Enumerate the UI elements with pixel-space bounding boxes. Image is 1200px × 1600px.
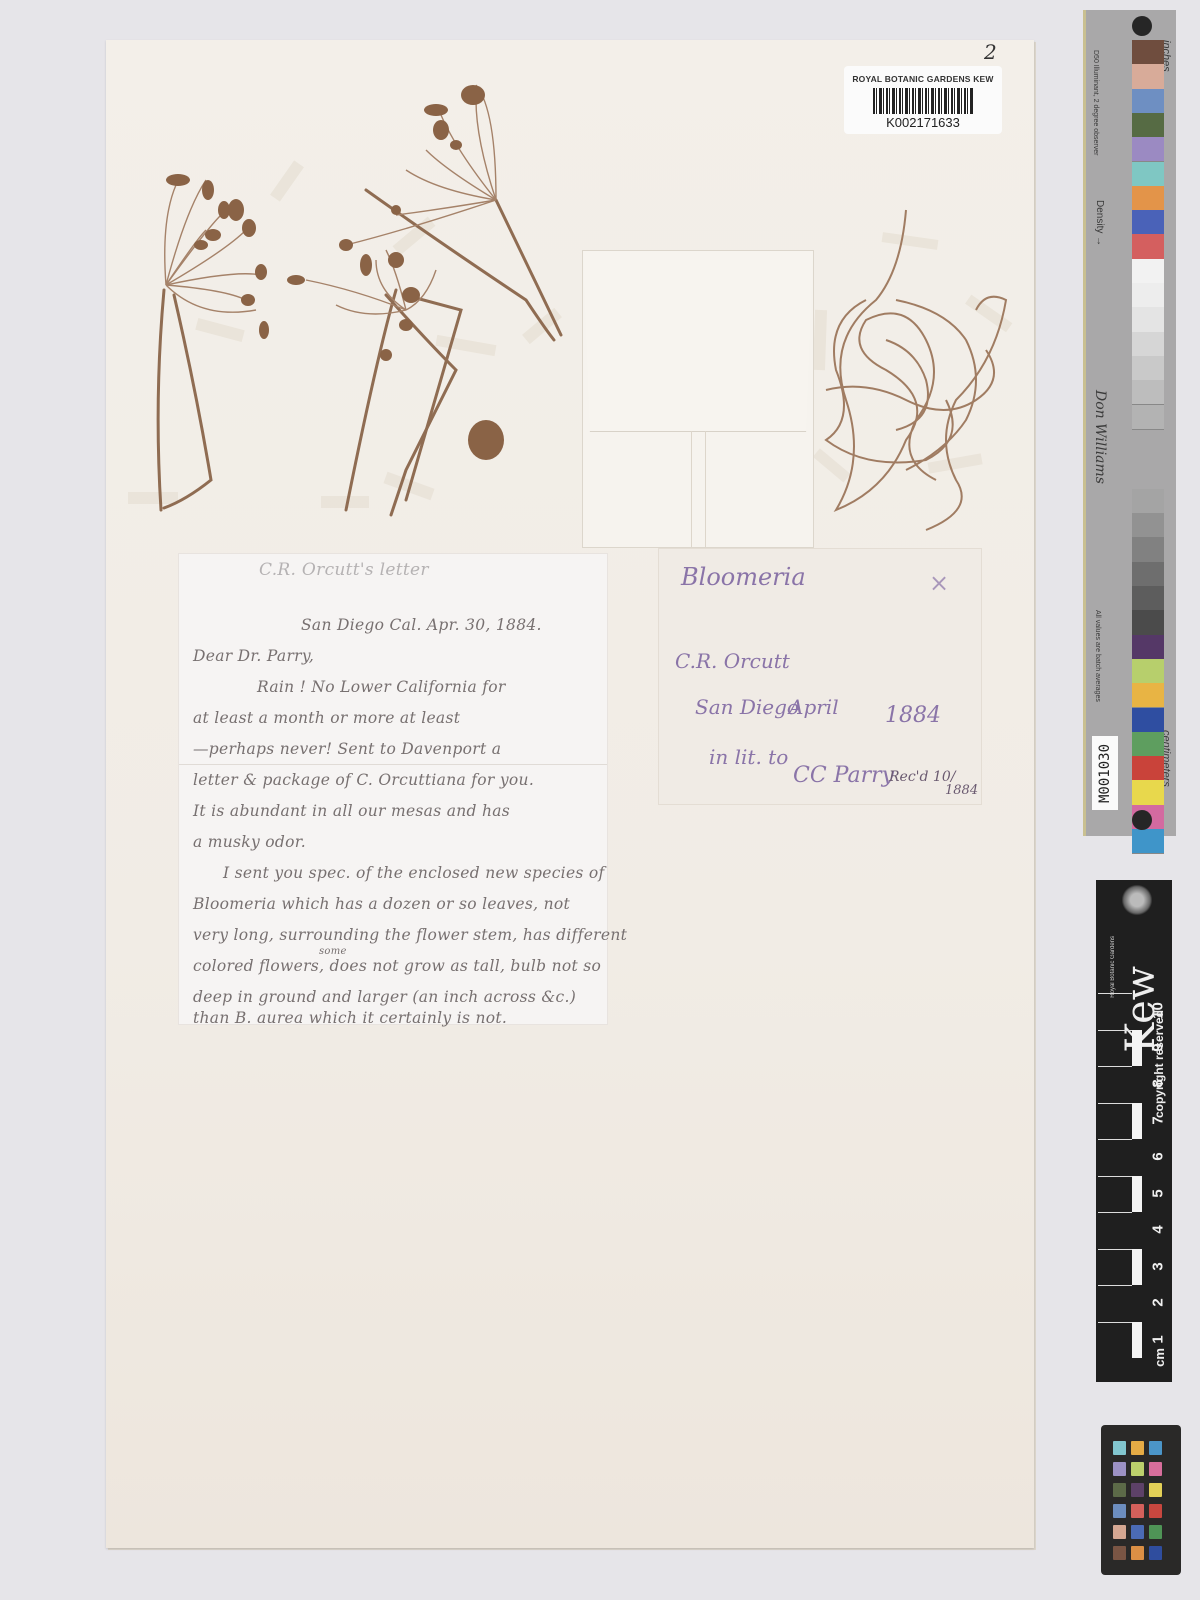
color-patch <box>1132 162 1164 187</box>
color-patch <box>1132 513 1164 538</box>
scale-tick <box>1098 993 1132 994</box>
color-patch <box>1132 307 1164 332</box>
scale-number: 5 <box>1150 1183 1167 1203</box>
checker-patch <box>1131 1483 1144 1497</box>
color-patch <box>1132 562 1164 587</box>
color-patch <box>1132 405 1164 430</box>
kew-crest-icon <box>1122 884 1152 916</box>
color-patch <box>1132 89 1164 114</box>
kew-scale-ruler: Royal Botanic Gardens Kew copyright rese… <box>1096 880 1172 1382</box>
label-note: in lit. to <box>709 745 788 769</box>
scale-number: 4 <box>1150 1220 1167 1240</box>
checker-patch <box>1113 1525 1126 1539</box>
letter-line: I sent you spec. of the enclosed new spe… <box>223 864 605 882</box>
scale-segment <box>1132 1030 1142 1067</box>
checker-patch <box>1113 1546 1126 1560</box>
checker-patch <box>1113 1504 1126 1518</box>
scale-number: 1 <box>1150 1329 1167 1349</box>
density-label: Density → <box>1094 200 1105 246</box>
checker-patch <box>1113 1441 1126 1455</box>
scale-segment <box>1132 1249 1142 1286</box>
color-patch <box>1132 732 1164 757</box>
color-patch <box>1132 40 1164 65</box>
letter-line: Rain ! No Lower California for <box>257 678 506 696</box>
color-patch <box>1132 586 1164 611</box>
scale-segment <box>1132 1103 1142 1140</box>
color-patch <box>1132 537 1164 562</box>
label-received-year: 1884 <box>945 783 978 798</box>
packet-fold <box>705 431 706 547</box>
letter-heading: C.R. Orcutt's letter <box>259 560 429 580</box>
letter-line: Dear Dr. Parry, <box>193 647 314 665</box>
color-patch <box>1132 64 1164 89</box>
color-patch <box>1132 186 1164 211</box>
label-year: 1884 <box>885 703 941 728</box>
letter-line: letter & package of C. Orcuttiana for yo… <box>193 771 534 789</box>
letter-fold <box>179 764 607 765</box>
color-patch <box>1132 780 1164 805</box>
checker-patch <box>1131 1546 1144 1560</box>
color-patch <box>1132 829 1164 854</box>
flowers <box>166 85 504 460</box>
scale-number: 7 <box>1150 1110 1167 1130</box>
letter-line: deep in ground and larger (an inch acros… <box>193 988 576 1006</box>
scale-tick <box>1098 1139 1132 1140</box>
color-patch <box>1132 137 1164 162</box>
registration-dot-icon <box>1132 16 1152 36</box>
scale-tick <box>1098 1066 1132 1067</box>
kew-subtitle: Royal Botanic Gardens <box>1110 936 1116 998</box>
color-patch <box>1132 683 1164 708</box>
color-patch <box>1132 756 1164 781</box>
checker-patch <box>1149 1462 1162 1476</box>
scale-number: 6 <box>1150 1147 1167 1167</box>
checker-patch <box>1131 1441 1144 1455</box>
letter-insertion: some <box>319 946 347 957</box>
handwritten-letter: C.R. Orcutt's letter San Diego Cal. Apr.… <box>178 553 608 1025</box>
checker-patch <box>1149 1441 1162 1455</box>
scale-tick <box>1098 1176 1132 1177</box>
letter-line: very long, surrounding the flower stem, … <box>193 926 627 944</box>
label-month: April <box>789 695 839 719</box>
label-place: San Diego <box>695 695 799 719</box>
copyright-text: copyright reserved <box>1152 1010 1166 1118</box>
label-genus: Bloomeria <box>681 563 806 591</box>
observer-text: D50 Illuminant, 2 degree observer <box>1092 50 1099 155</box>
checker-patch <box>1113 1483 1126 1497</box>
label-recipient: CC Parry <box>793 763 894 788</box>
scale-tick <box>1098 1030 1132 1031</box>
color-patch <box>1132 332 1164 357</box>
plant-specimens <box>106 40 1034 560</box>
letter-line: Bloomeria which has a dozen or so leaves… <box>193 895 570 913</box>
color-patch <box>1132 489 1164 514</box>
determination-label: Bloomeria × C.R. Orcutt San Diego April … <box>658 548 982 805</box>
footer-text: All values are batch averages <box>1094 610 1101 702</box>
color-patch <box>1132 259 1164 284</box>
letter-line: —perhaps never! Sent to Davenport a <box>193 740 501 758</box>
color-calibration-bar: inches D50 Illuminant, 2 degree observer… <box>1083 10 1176 836</box>
color-patch <box>1132 610 1164 635</box>
checker-patch <box>1131 1504 1144 1518</box>
letter-line: It is abundant in all our mesas and has <box>193 802 510 820</box>
scale-tick <box>1098 1103 1132 1104</box>
scale-number: 9 <box>1150 1037 1167 1057</box>
packet-flap[interactable] <box>583 251 813 432</box>
checker-patch <box>1113 1462 1126 1476</box>
checker-patch <box>1149 1525 1162 1539</box>
color-bar-id: M001030 <box>1092 736 1118 810</box>
cm-unit-label: cm <box>1152 1348 1167 1367</box>
label-collector: C.R. Orcutt <box>675 649 790 673</box>
herbarium-sheet: 2 ROYAL BOTANIC GARDENS KEW K002171633 <box>106 40 1034 1548</box>
registration-dot-icon <box>1132 810 1152 830</box>
color-patch <box>1132 113 1164 138</box>
scale-segment <box>1132 1176 1142 1213</box>
scale-tick <box>1098 1249 1132 1250</box>
letter-line: San Diego Cal. Apr. 30, 1884. <box>301 616 542 634</box>
color-patch <box>1132 380 1164 405</box>
color-patch <box>1132 234 1164 259</box>
color-checker-card <box>1101 1425 1181 1575</box>
scale-tick <box>1098 1285 1132 1286</box>
letter-line: at least a month or more at least <box>193 709 460 727</box>
letter-line: colored flowers, does not grow as tall, … <box>193 957 601 975</box>
checker-patch <box>1131 1525 1144 1539</box>
checker-patch <box>1149 1546 1162 1560</box>
color-patch <box>1132 659 1164 684</box>
color-patch <box>1132 635 1164 660</box>
color-patch <box>1132 356 1164 381</box>
pedicels <box>165 85 496 314</box>
scale-number: 3 <box>1150 1256 1167 1276</box>
letter-line: than B. aurea which it certainly is not. <box>193 1009 507 1027</box>
color-patch <box>1132 283 1164 308</box>
packet-fold <box>691 431 692 547</box>
scale-number: 2 <box>1150 1293 1167 1313</box>
scale-number: 8 <box>1150 1074 1167 1094</box>
checker-patch <box>1131 1462 1144 1476</box>
scale-tick <box>1098 1212 1132 1213</box>
color-patch <box>1132 708 1164 733</box>
scale-segment <box>1132 1322 1142 1359</box>
scale-tick <box>1098 1322 1132 1323</box>
checker-patch <box>1149 1504 1162 1518</box>
fragment-packet[interactable] <box>582 250 814 548</box>
leaf-tangle <box>826 210 1006 530</box>
letter-line: a musky odor. <box>193 833 306 851</box>
scale-number: 10 <box>1150 1001 1167 1021</box>
color-patch <box>1132 210 1164 235</box>
checker-patch <box>1149 1483 1162 1497</box>
brand-label: Don Williams <box>1092 390 1108 484</box>
label-mark: × <box>929 569 949 597</box>
